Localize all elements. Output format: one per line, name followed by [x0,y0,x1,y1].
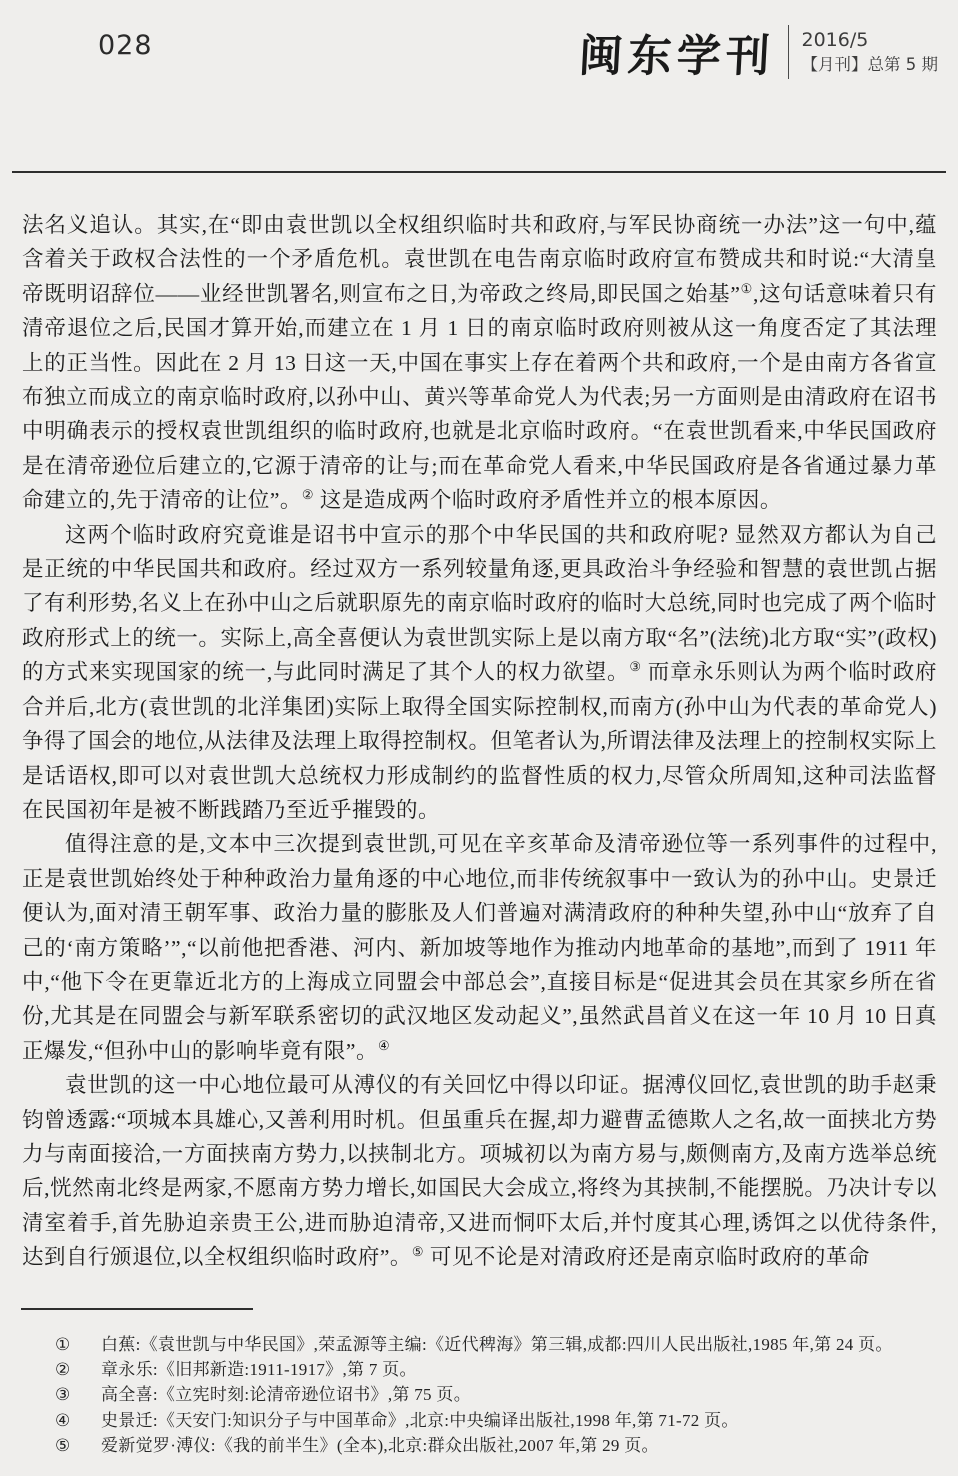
footnote-text: 爱新觉罗·溥仪:《我的前半生》(全本),北京:群众出版社,2007 年,第 29… [101,1433,937,1458]
text-run: ,这句话意味着只有清帝退位之后,民国才算开始,而建立在 1 月 1 日的南京临时… [22,282,937,512]
page-number: 028 [98,30,153,61]
footnote-item: ③高全喜:《立宪时刻:论清帝逊位诏书》,第 75 页。 [21,1382,937,1407]
paragraph: 值得注意的是,文本中三次提到袁世凯,可见在辛亥革命及清帝逊位等一系列事件的过程中… [22,827,937,1068]
footnote-item: ⑤爱新觉罗·溥仪:《我的前半生》(全本),北京:群众出版社,2007 年,第 2… [21,1433,937,1458]
journal-name: 闽东学刊 [577,20,776,84]
issue-year: 2016/5 [802,29,939,51]
footnote-item: ④史景迁:《天安门:知识分子与中国革命》,北京:中央编译出版社,1998 年,第… [21,1408,937,1433]
text-run: 这是造成两个临时政府矛盾性并立的根本原因。 [314,488,782,512]
journal-masthead: 闽东学刊 2016/5 【月刊】总第 5 期 [579,20,939,84]
body-text: 法名义追认。其实,在“即由袁世凯以全权组织临时共和政府,与军民协商统一办法”这一… [22,208,937,1275]
footnote-ref: ③ [629,660,641,674]
paragraph: 法名义追认。其实,在“即由袁世凯以全权组织临时共和政府,与军民协商统一办法”这一… [22,208,937,518]
text-run: 值得注意的是,文本中三次提到袁世凯,可见在辛亥革命及清帝逊位等一系列事件的过程中… [22,832,937,1062]
masthead-divider [788,25,789,79]
header-rule [12,171,946,173]
footnote-marker: ① [55,1332,101,1357]
footnote-text: 白蕉:《袁世凯与中华民国》,荣孟源等主编:《近代稗海》第三辑,成都:四川人民出版… [101,1332,937,1357]
footnote-marker: ⑤ [55,1433,101,1458]
paragraph: 袁世凯的这一中心地位最可从溥仪的有关回忆中得以印证。据溥仪回忆,袁世凯的助手赵秉… [22,1068,937,1274]
footnote-ref: ④ [378,1039,390,1053]
footnote-text: 章永乐:《旧邦新造:1911-1917》,第 7 页。 [101,1357,937,1382]
text-run: 可见不论是对清政府还是南京临时政府的革命 [424,1245,870,1269]
footnote-ref: ① [740,282,753,296]
footnote-item: ②章永乐:《旧邦新造:1911-1917》,第 7 页。 [21,1357,937,1382]
footnote-ref: ② [302,488,314,502]
footnote-rule [21,1308,253,1310]
issue-info: 2016/5 【月刊】总第 5 期 [802,29,939,76]
footnote-text: 史景迁:《天安门:知识分子与中国革命》,北京:中央编译出版社,1998 年,第 … [101,1408,937,1433]
text-run: 袁世凯的这一中心地位最可从溥仪的有关回忆中得以印证。据溥仪回忆,袁世凯的助手赵秉… [22,1073,937,1269]
footnote-text: 高全喜:《立宪时刻:论清帝逊位诏书》,第 75 页。 [101,1382,937,1407]
footnotes-section: ①白蕉:《袁世凯与中华民国》,荣孟源等主编:《近代稗海》第三辑,成都:四川人民出… [21,1308,937,1458]
issue-number: 【月刊】总第 5 期 [802,54,939,76]
text-run: 而章永乐则认为两个临时政府合并后,北方(袁世凯的北洋集团)实际上取得全国实际控制… [22,660,937,822]
footnote-marker: ② [55,1357,101,1382]
paragraph: 这两个临时政府究竟谁是诏书中宣示的那个中华民国的共和政府呢? 显然双方都认为自己… [22,518,937,828]
footnote-item: ①白蕉:《袁世凯与中华民国》,荣孟源等主编:《近代稗海》第三辑,成都:四川人民出… [21,1332,937,1357]
footnote-ref: ⑤ [412,1245,424,1259]
footnote-marker: ③ [55,1382,101,1407]
footnote-marker: ④ [55,1408,101,1433]
footnote-list: ①白蕉:《袁世凯与中华民国》,荣孟源等主编:《近代稗海》第三辑,成都:四川人民出… [21,1332,937,1458]
